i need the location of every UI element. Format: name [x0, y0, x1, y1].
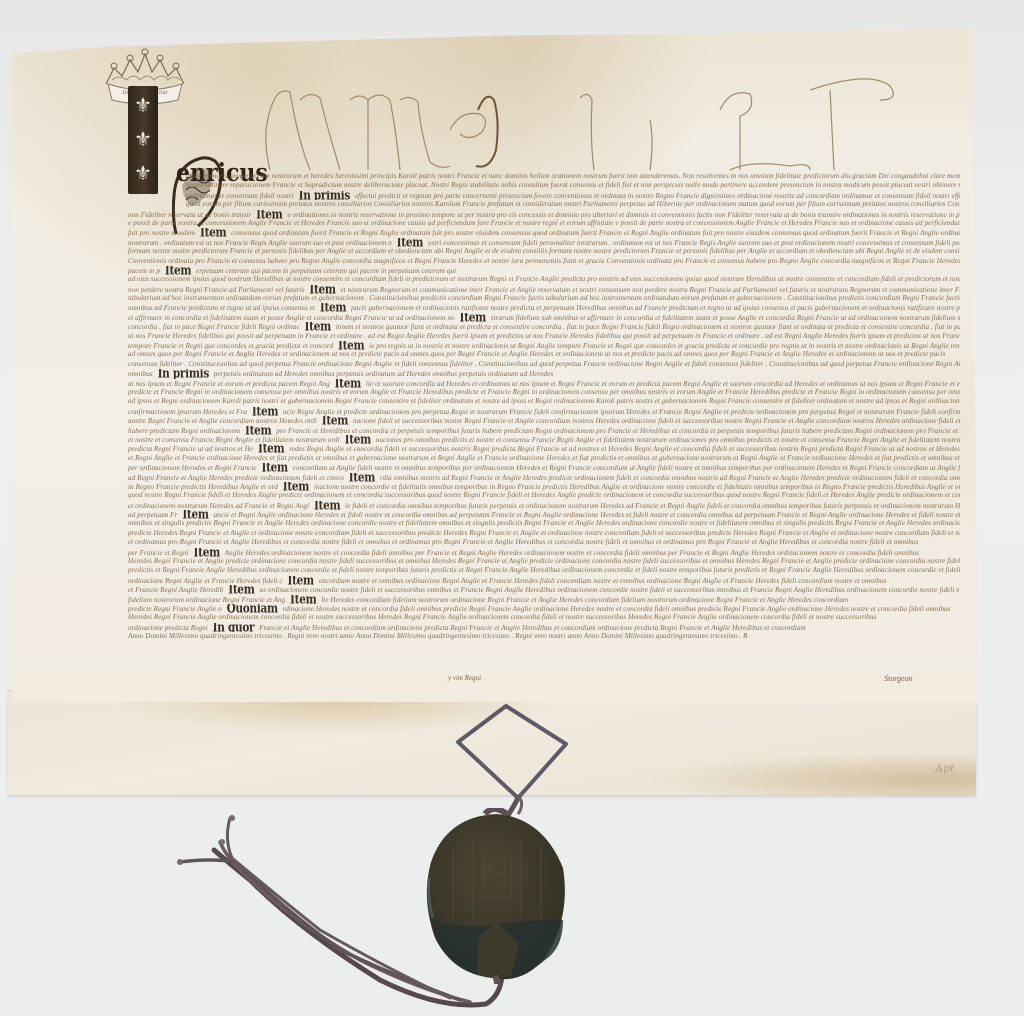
script-text: non perdere nostra Regni Francie ad Parl…	[128, 286, 306, 294]
text-line: ordinacione predicta Regni In quor Franc…	[128, 623, 960, 632]
script-text: ut nos ipsum et Regni Francie et eorum e…	[128, 380, 332, 388]
rubric-marker: Item	[342, 435, 374, 444]
script-text: predicta Regni Francie ut ad nostros et …	[128, 445, 255, 453]
rubric-marker: In quor	[210, 623, 258, 632]
text-line: predicte Heredes Regni Francie et Anglie…	[128, 529, 960, 538]
text-line: tabularium ad hoc instrumentum ordinandu…	[128, 294, 960, 303]
text-line: per ordinacionem Heredes et Regni Franci…	[128, 463, 960, 472]
script-text: ad eius successionem ipsius quod nostrum…	[128, 275, 960, 283]
script-text: ut nos Francie Heredes fidelibus qui pos…	[128, 332, 960, 340]
text-line: Anno Domini Millesimo quadringentesimo t…	[128, 632, 748, 641]
text-line: ad ipsos et Regni ordinacionem Karoli pa…	[128, 397, 960, 406]
text-line: predictis et Regni Francie Anglie Heredi…	[128, 566, 960, 575]
text-line: ad omnes quos per Regni Francie et Angli…	[128, 350, 960, 359]
rubric-marker: Item	[259, 463, 291, 472]
fleur-de-lis-icon: ⚜	[132, 128, 154, 150]
rubric-marker: Item	[319, 416, 351, 425]
text-line: et affirmare in concordia et fidelitatem…	[128, 313, 960, 322]
text-line: predicte Regni Francie Anglie o Quoniam …	[128, 604, 960, 613]
text-line: formam nostre nostre predictorum Francie…	[128, 247, 960, 256]
script-text: et Regni Anglie et Francie ordinacione H…	[128, 454, 960, 462]
rubric-marker: Item	[394, 238, 426, 247]
wax-seal	[423, 808, 571, 984]
script-text: et nostre et consensu Francie Regni Angl…	[128, 436, 342, 444]
charter-text: clare memorie progenitorum nostrorum et …	[128, 172, 960, 642]
plica-mark: Apt	[934, 761, 954, 775]
script-text: Heredes Regni Francie Anglie ordinacione…	[128, 613, 876, 621]
script-text: strarum fidelium sub omnibus et affirmar…	[489, 314, 960, 322]
fleur-de-lis-icon: ⚜	[132, 94, 154, 116]
text-line: et ordinacionem nostrarum Heredes ad Fra…	[128, 501, 960, 510]
text-line: ad eius successionem ipsius quod nostrum…	[128, 275, 960, 284]
cadel-heading-flourishes	[250, 70, 970, 180]
script-text: rdinacione Heredes nostre et concordia f…	[281, 605, 951, 613]
text-line: ut nos Francie Heredes fidelibus qui pos…	[128, 332, 960, 341]
script-text: rdia omnibus nostris ad Regni Francie et…	[378, 474, 960, 482]
text-line: Conventionis ordinata pro Francie et con…	[128, 257, 960, 266]
text-line: concordia . fiat in pace Regni Francie f…	[128, 322, 960, 331]
script-text: et nostrarum Regnorum et communicatione …	[339, 286, 960, 294]
script-text: predicte et Francie Regni in ordinacione…	[128, 388, 960, 396]
script-text: quod eorum per filium carissimum prelato…	[186, 200, 960, 208]
script-text: ad perpetuam Fr	[128, 511, 179, 519]
rubric-marker: Item	[287, 595, 319, 604]
script-text: predictis et Regni Francie Anglie Heredi…	[128, 566, 960, 574]
script-text: pacis gubernacionem et ordinacionis rati…	[349, 304, 960, 312]
text-line: ad perpetuam Fr Item ancie et Regni Angl…	[128, 510, 960, 519]
text-line: quod eorum per filium carissimum prelato…	[186, 200, 960, 209]
rubric-marker: Item	[255, 444, 287, 453]
script-text: nostre Regni Francie et Anglie concordia…	[128, 417, 319, 425]
script-text: perpetuis ordinatum ad Heredes omnibus p…	[212, 370, 553, 378]
script-text: redes Regni Anglie et concordia fideli e…	[287, 445, 960, 453]
text-line: ordinamus et consensum fideli nostri In …	[186, 191, 960, 200]
text-line: ordinacione Regni Anglie et Francie Here…	[128, 576, 960, 585]
script-text: per ordinacionem Heredes et Regni Franci…	[128, 464, 259, 472]
script-text: effectui predicti et regnum pro parte co…	[353, 192, 960, 200]
script-text: confirmacionem ipsorum Heredes et Fra	[128, 408, 249, 416]
script-text: ordinacione predicta Regni	[128, 624, 210, 632]
script-text: Anno Domini Millesimo quadringentesimo t…	[128, 632, 748, 640]
text-line: omnibus In primis perpetuis ordinatum ad…	[128, 369, 960, 378]
script-text: Heredes Regni Francie et Anglie predicte…	[128, 557, 960, 565]
regnal-year-note: y vim Regni	[448, 674, 481, 682]
script-text: ie pro regnis ut in nostris et nostre or…	[367, 342, 960, 350]
rubric-marker: Item	[346, 473, 378, 482]
rubric-marker: Item	[249, 407, 281, 416]
text-line: tempore Francie et Regni que concordes e…	[128, 341, 960, 350]
script-text: oncordiam nostre et omnibus ordinacione …	[317, 577, 886, 585]
script-text: inacione nostre concordie et fidelitatis…	[312, 483, 960, 491]
text-line: nostre Regni Francie et Anglie concordia…	[128, 416, 960, 425]
script-text: ordinamus et consensum fideli nostri	[186, 192, 296, 200]
script-text: omnibus	[128, 370, 155, 378]
script-text: ancie et Regni Anglie ordinacione Herede…	[212, 511, 960, 519]
text-line: clare memorie progenitorum nostrorum et …	[186, 172, 960, 181]
rubric-marker: Item	[162, 266, 194, 275]
text-line: fuit pro nostre eiusdem Item consensus q…	[128, 228, 960, 237]
script-text: pro Francie et Heredibus et concordia et…	[274, 427, 960, 435]
rubric-marker: Quoniam	[224, 604, 281, 613]
script-text: et Francie Regni Anglie Heredib	[128, 586, 225, 594]
text-line: e possit de parte nostra et concessionem…	[128, 219, 960, 228]
script-text: ordinacione Regni Anglie et Francie Here…	[128, 577, 284, 585]
script-text: fuit pro nostre eiusdem	[128, 229, 197, 237]
text-line: pacem in p Item erpetuam ceterum qui pac…	[128, 266, 960, 275]
script-text: concordiam ut Anglie fideli nostre et om…	[291, 464, 960, 472]
clerk-signature: Sturgeon	[884, 674, 913, 683]
text-line: non Fideliter reservata ut de bonis tran…	[128, 210, 960, 219]
text-line: omnibus et singulis predictis Regni Fran…	[128, 519, 960, 528]
script-text: predicte Regni Francie Anglie o	[128, 605, 224, 613]
script-text: formam nostre nostre predictorum Francie…	[128, 247, 960, 255]
rubric-marker: Item	[335, 341, 367, 350]
script-text: in Regno Francie predictis Heredibus Ang…	[128, 483, 280, 491]
script-text: clare memorie progenitorum nostrorum et …	[186, 172, 960, 180]
script-text: per Francie et Regni	[128, 549, 191, 557]
text-line: fidelium nostrorum ordinacione Regni Fra…	[128, 595, 960, 604]
script-text: consensus fideliter . Constitucionibus a…	[128, 360, 960, 368]
rubric-marker: Item	[225, 585, 257, 594]
text-line: nostrarum . ordinatum est ut nos Francie…	[128, 238, 960, 247]
text-line: consensus fideliter . Constitucionibus a…	[128, 360, 960, 369]
rubric-marker: Item	[457, 313, 489, 322]
text-line: et Regni Anglie et Francie ordinacione H…	[128, 454, 960, 463]
script-text: naciones pro omnibus predictis et nostre…	[374, 436, 960, 444]
script-text: Anglie Heredes ordinacionem nostre et co…	[223, 549, 919, 557]
script-text: tempore Francie et Regni que concordes e…	[128, 342, 335, 350]
text-line: habere predictam Regni ordinacionem Item…	[128, 426, 960, 435]
text-line: Heredes Regni Francie et Anglie predicte…	[128, 557, 960, 566]
script-text: pacem in p	[128, 267, 162, 275]
text-line: et nostre et consensu Francie Regni Angl…	[128, 435, 960, 444]
script-text: omnibus ad Francie predictam et regno ut…	[128, 304, 317, 312]
script-text: vestri obtinere reparacionem Francie et …	[186, 181, 960, 189]
text-line: quod nostre Regni Francie fideli et Here…	[128, 491, 960, 500]
text-line: in Regno Francie predictis Heredibus Ang…	[128, 482, 960, 491]
text-line: vestri obtinere reparacionem Francie et …	[186, 181, 960, 190]
text-line: Heredes Regni Francie Anglie ordinacione…	[128, 613, 960, 622]
script-text: ad omnes quos per Regni Francie et Angli…	[128, 350, 945, 358]
script-text: e possit de parte nostra et concessionem…	[128, 219, 960, 227]
script-text: e ordinationes in nostris reservatione i…	[285, 211, 960, 219]
text-line: omnibus ad Francie predictam et regno ut…	[128, 303, 960, 312]
script-text: nacione fideli et successoribus nostre R…	[351, 417, 960, 425]
script-text: et affirmare in concordia et fidelitatem…	[128, 314, 457, 322]
script-text: ad Regni Francie et Anglie Heredes predi…	[128, 474, 346, 482]
script-text: tabularium ad hoc instrumentum ordinandu…	[128, 294, 960, 302]
text-line: predicta Regni Francie ut ad nostros et …	[128, 444, 960, 453]
text-line: confirmacionem ipsorum Heredes et Fra It…	[128, 407, 960, 416]
script-text: predicte Heredes Regni Francie et Anglie…	[128, 529, 960, 537]
rubric-marker: Item	[317, 304, 349, 313]
script-text: lie Heredes concordiam fidelium nostroru…	[319, 596, 848, 604]
script-text: quod nostre Regni Francie fideli et Here…	[128, 491, 960, 499]
script-text: fidelium nostrorum ordinacione Regni Fra…	[128, 596, 287, 604]
rubric-marker: Item	[311, 501, 343, 510]
script-text: omnibus et singulis predictis Regni Fran…	[128, 519, 960, 527]
script-text: et ordinamus pro Regni Francie et Anglie…	[128, 538, 918, 546]
script-text: ncie Regni Anglie et predicte ordinacion…	[281, 408, 960, 416]
script-text: ie fideli et concordia omnibus temporibu…	[343, 502, 960, 510]
script-text: et ordinacionem nostrarum Heredes ad Fra…	[128, 502, 311, 510]
script-text: ostri concessimus et consensum fideli pe…	[426, 239, 960, 247]
script-text: ionem et nostros quatuor fiant et ordina…	[334, 323, 960, 331]
script-text: consensus quod ordinatum fuerit Francie …	[229, 229, 960, 237]
text-line: et Francie Regni Anglie Heredib Item us …	[128, 585, 960, 594]
text-line: per Francie et Regni Item Anglie Heredes…	[128, 548, 960, 557]
script-text: us ordinacionem concordie nostre fideli …	[258, 586, 960, 594]
script-text: concordia . fiat in pace Regni Francie f…	[128, 323, 302, 331]
script-text: habere predictam Regni ordinacionem	[128, 427, 242, 435]
text-line: ad Regni Francie et Anglie Heredes predi…	[128, 473, 960, 482]
rubric-marker: Item	[306, 285, 338, 294]
rubric-marker: In primis	[155, 369, 212, 378]
script-text: non Fideliter reservata ut de bonis tran…	[128, 211, 253, 219]
rubric-marker: Item	[284, 576, 316, 585]
document-plica-fold: Apt	[8, 690, 976, 795]
text-line: predicte et Francie Regni in ordinacione…	[128, 388, 960, 397]
rubric-marker: In primis	[296, 191, 353, 200]
script-text: Francie et Anglie Heredibus et concordia…	[257, 624, 805, 632]
rubric-marker: Item	[253, 210, 285, 219]
text-line: non perdere nostra Regni Francie ad Parl…	[128, 285, 960, 294]
rubric-marker: Item	[179, 510, 211, 519]
rubric-marker: Item	[280, 482, 312, 491]
script-text: erpetuam ceterum qui pacem in perpetuam …	[194, 267, 456, 275]
rubric-marker: Item	[197, 228, 229, 237]
script-text: lie et suorum concordia ad Heredes et or…	[364, 380, 960, 388]
script-text: ad ipsos et Regni ordinacionem Karoli pa…	[128, 397, 960, 405]
rubric-marker: Item	[332, 379, 364, 388]
script-text: Conventionis ordinata pro Francie et con…	[128, 257, 960, 265]
rubric-marker: Item	[191, 548, 223, 557]
text-line: ut nos ipsum et Regni Francie et eorum e…	[128, 379, 960, 388]
rubric-marker: Item	[242, 426, 274, 435]
text-line: et ordinamus pro Regni Francie et Anglie…	[128, 538, 960, 547]
rubric-marker: Item	[302, 322, 334, 331]
script-text: nostrarum . ordinatum est ut nos Francie…	[128, 239, 394, 247]
